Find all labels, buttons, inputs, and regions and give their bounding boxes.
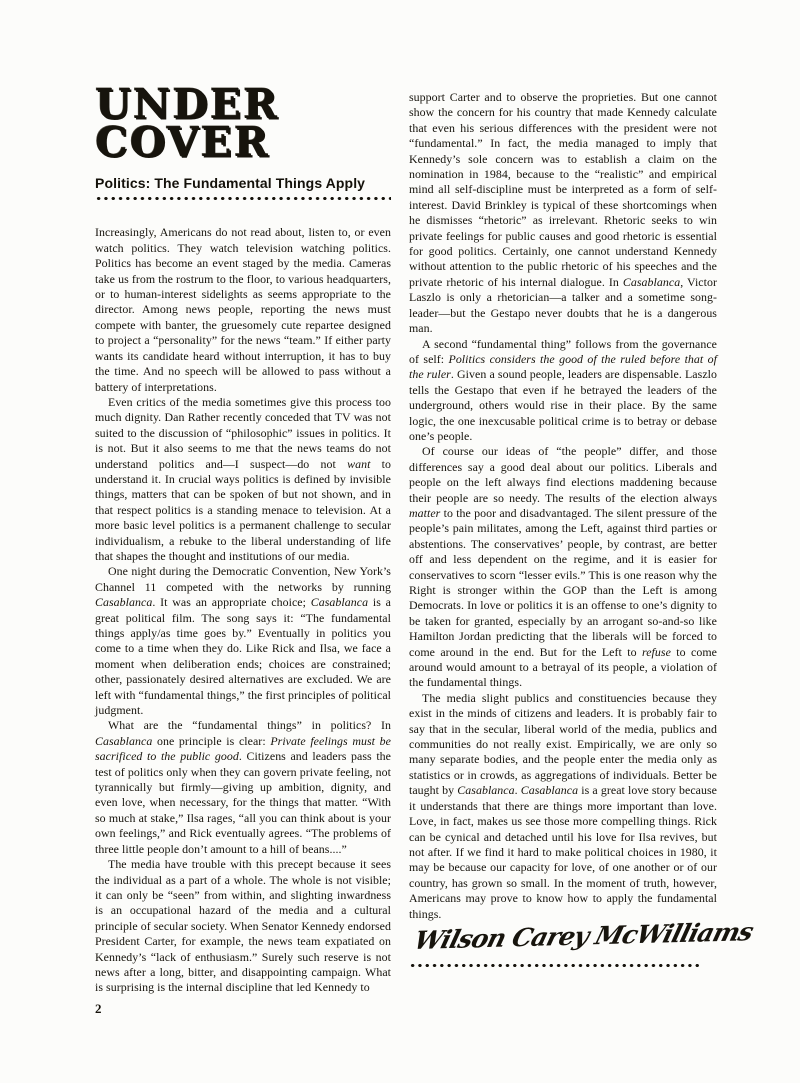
paragraph: Even critics of the media sometimes give… [95,395,391,564]
body-text-run: Increasingly, Americans do not read abou… [95,225,391,393]
magazine-masthead: UNDER COVER [95,86,391,161]
body-text-run: support Carter and to observe the propri… [409,90,717,289]
italic-text: want [347,457,370,471]
italic-text: Casablanca [623,275,680,289]
paragraph: The media slight publics and constituenc… [409,691,717,922]
body-text-run: one principle is clear: [152,734,270,748]
body-text-run: One night during the Democratic Conventi… [95,564,391,593]
paragraph: Of course our ideas of “the people” diff… [409,444,717,691]
two-column-layout: UNDER COVER Politics: The Fundamental Th… [95,86,717,1017]
article-column-right: support Carter and to observe the propri… [409,90,717,922]
body-text-run: to understand it. In crucial ways politi… [95,457,391,563]
magazine-page: { "page": { "number": "2" }, "masthead":… [0,0,800,1083]
italic-text: refuse [642,645,671,659]
body-text-run: . Citizens and leaders pass the test of … [95,749,391,855]
body-text-run: Of course our ideas of “the people” diff… [409,444,717,504]
page-number: 2 [95,1001,391,1017]
title-dotted-rule [95,196,391,201]
article-column-left: Increasingly, Americans do not read abou… [95,225,391,995]
end-dotted-rule [409,963,701,968]
author-signature: Wilson Carey McWilliams [409,918,727,955]
body-text-run: The media slight publics and constituenc… [409,691,717,797]
italic-text: Casablanca [457,783,514,797]
body-text-run: is a great love story because it underst… [409,783,717,920]
masthead-line-2: COVER [95,124,391,162]
italic-text: Casablanca [311,595,368,609]
body-text-run: . It was an appropriate choice; [152,595,310,609]
paragraph: The media have trouble with this precept… [95,857,391,996]
paragraph: support Carter and to observe the propri… [409,90,717,337]
body-text-run: The media have trouble with this precept… [95,857,391,994]
italic-text: Casablanca [95,595,152,609]
italic-text: matter [409,506,440,520]
left-column: UNDER COVER Politics: The Fundamental Th… [95,86,391,1017]
paragraph: Increasingly, Americans do not read abou… [95,225,391,394]
body-text-run: is a great political film. The song says… [95,595,391,717]
body-text-run: . Given a sound people, leaders are disp… [409,367,717,443]
paragraph: One night during the Democratic Conventi… [95,564,391,718]
right-column: support Carter and to observe the propri… [409,86,717,1017]
paragraph: What are the “fundamental things” in pol… [95,718,391,857]
paragraph: A second “fundamental thing” follows fro… [409,337,717,445]
italic-text: Casablanca [95,734,152,748]
body-text-run: to the poor and disadvantaged. The silen… [409,506,717,659]
signature-block: Wilson Carey McWilliams [409,926,717,968]
body-text-run: What are the “fundamental things” in pol… [108,718,391,732]
page: UNDER COVER Politics: The Fundamental Th… [0,0,800,1083]
italic-text: Casablanca [521,783,578,797]
article-title: Politics: The Fundamental Things Apply [95,175,391,191]
